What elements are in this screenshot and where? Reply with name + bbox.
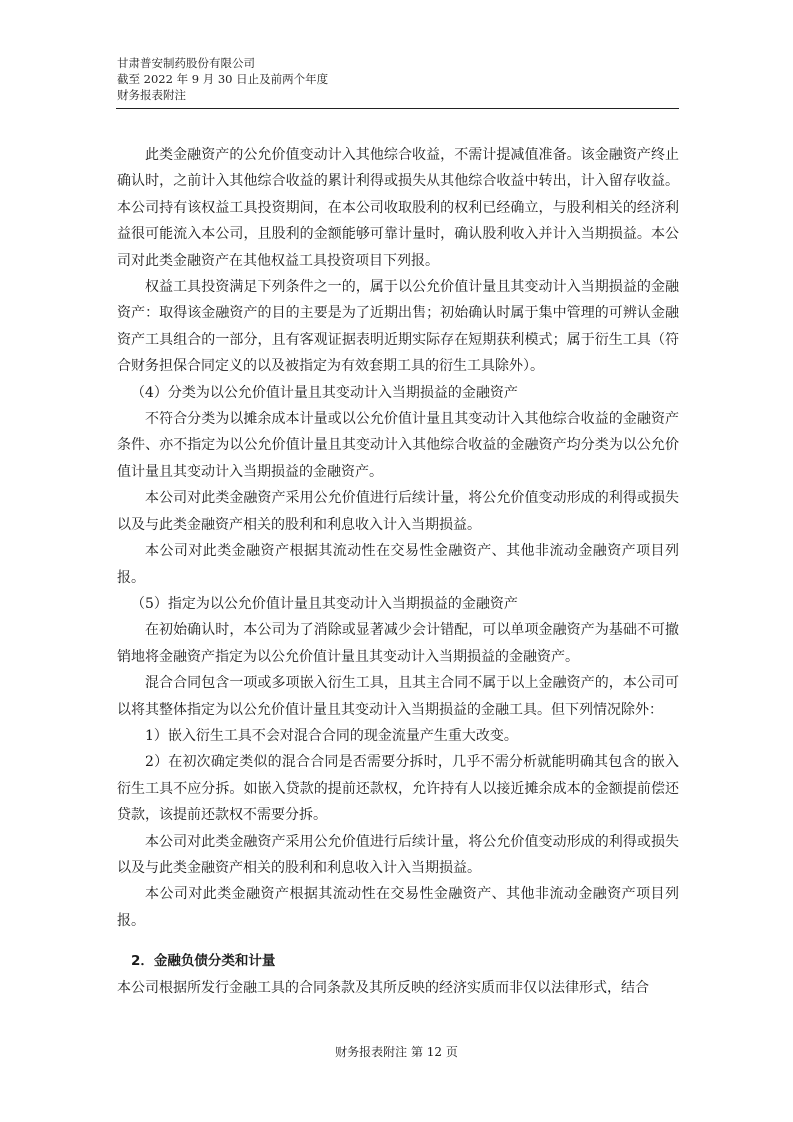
paragraph-equity-fvtpl-conditions: 权益工具投资满足下列条件之一的，属于以公允价值计量且其变动计入当期损益的金融资产…	[117, 274, 679, 380]
paragraph-designated-measurement: 本公司对此类金融资产采用公允价值进行后续计量，将公允价值变动形成的利得或损失以及…	[117, 829, 679, 882]
header-divider	[116, 108, 679, 109]
paragraph-hybrid-contract: 混合合同包含一项或多项嵌入衍生工具，且其主合同不属于以上金融资产的，本公司可以将…	[117, 670, 679, 723]
subheading-5: （5）指定为以公允价值计量且其变动计入当期损益的金融资产	[117, 591, 679, 617]
section-title-financial-liabilities: 2．金融负债分类和计量	[117, 948, 679, 974]
paragraph-liabilities-intro: 本公司根据所发行金融工具的合同条款及其所反映的经济实质而非仅以法律形式，结合	[117, 975, 679, 1001]
paragraph-exception-2: 2）在初次确定类似的混合合同是否需要分拆时，几乎不需分析就能明确其包含的嵌入衍生…	[117, 749, 679, 828]
paragraph-designated-presentation: 本公司对此类金融资产根据其流动性在交易性金融资产、其他非流动金融资产项目列报。	[117, 881, 679, 934]
paragraph-fvoci-equity: 此类金融资产的公允价值变动计入其他综合收益，不需计提减值准备。该金融资产终止确认…	[117, 142, 679, 274]
header-period: 截至 2022 年 9 月 30 日止及前两个年度	[117, 71, 679, 87]
paragraph-fvtpl-measurement: 本公司对此类金融资产采用公允价值进行后续计量，将公允价值变动形成的利得或损失以及…	[117, 485, 679, 538]
header-company-name: 甘肃普安制药股份有限公司	[117, 55, 679, 71]
paragraph-exception-1: 1）嵌入衍生工具不会对混合合同的现金流量产生重大改变。	[117, 723, 679, 749]
paragraph-fvtpl-classification: 不符合分类为以摊余成本计量或以公允价值计量且其变动计入其他综合收益的金融资产条件…	[117, 406, 679, 485]
document-body: 此类金融资产的公允价值变动计入其他综合收益，不需计提减值准备。该金融资产终止确认…	[117, 142, 679, 1001]
paragraph-fvtpl-presentation: 本公司对此类金融资产根据其流动性在交易性金融资产、其他非流动金融资产项目列报。	[117, 538, 679, 591]
paragraph-designation: 在初始确认时，本公司为了消除或显著减少会计错配，可以单项金融资产为基础不可撤销地…	[117, 617, 679, 670]
header-doc-title: 财务报表附注	[117, 87, 679, 103]
page-header: 甘肃普安制药股份有限公司 截至 2022 年 9 月 30 日止及前两个年度 财…	[117, 55, 679, 103]
page-footer: 财务报表附注 第 12 页	[0, 1043, 793, 1060]
subheading-4: （4）分类为以公允价值计量且其变动计入当期损益的金融资产	[117, 380, 679, 406]
